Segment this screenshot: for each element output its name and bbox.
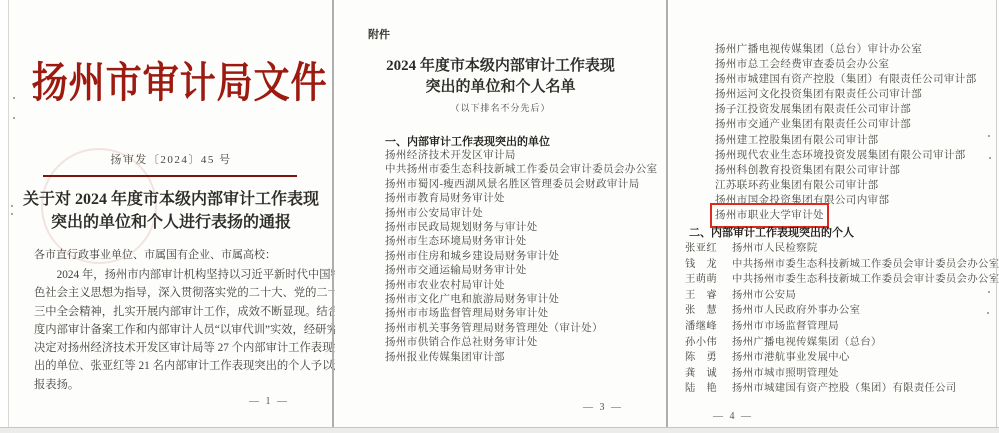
red-highlight-box: 扬州市职业大学审计处 xyxy=(715,208,824,223)
individual-row: 王萌萌中共扬州市委生态科技新城工作委员会审计委员会办公室 xyxy=(685,272,999,288)
scan-bottom-edge xyxy=(0,427,999,433)
individual-row: 陆 艳扬州市城建国有资产控股（集团）有限责任公司 xyxy=(685,381,999,397)
individual-name: 陈 勇 xyxy=(685,350,732,366)
individual-org: 扬州市城建国有资产控股（集团）有限责任公司 xyxy=(732,383,957,394)
notice-title: 关于对 2024 年度市本级内部审计工作表现 突出的单位和个人进行表扬的通报 xyxy=(9,188,333,234)
individual-name: 钱 龙 xyxy=(685,257,732,273)
unit-item-highlighted: 扬州市职业大学审计处 xyxy=(715,208,977,223)
body-line: 三中全会精神，扎实开展内部审计工作，成效不断显现。结合年 xyxy=(34,303,311,321)
unit-item: 扬州市国金投资集团有限公司内审部 xyxy=(715,193,977,208)
body-line: 2024 年，扬州市内部审计机构坚持以习近平新时代中国特 xyxy=(34,266,311,284)
document-scan-canvas: 扬州市审计局文件 扬审发〔2024〕45 号 关于对 2024 年度市本级内部审… xyxy=(0,0,999,433)
appendix-subtitle: （以下排名不分先后） xyxy=(335,101,666,114)
unit-item: 扬州市教育局财务审计处 xyxy=(385,192,658,206)
body-line: 出的单位、张亚红等 21 名内部审计工作表现突出的个人予以通 xyxy=(34,357,311,375)
unit-item: 中共扬州市委生态科技新城工作委员会审计委员会办公室 xyxy=(385,163,658,177)
document-page-3: 扬州广播电视传媒集团（总台）审计办公室 扬州市总工会经费审查委员会办公室 扬州市… xyxy=(669,0,999,427)
unit-item: 扬州市机关事务管理局财务管理处（审计处） xyxy=(385,322,658,336)
unit-item: 扬州市文化广电和旅游局财务审计处 xyxy=(385,293,658,307)
individual-row: 孙小伟扬州广播电视传媒集团（总台） xyxy=(685,335,999,351)
individual-name: 龚 诚 xyxy=(685,366,732,382)
individual-org: 中共扬州市委生态科技新城工作委员会审计委员会办公室 xyxy=(732,259,999,270)
individual-list: 张亚红扬州市人民检察院 钱 龙中共扬州市委生态科技新城工作委员会审计委员会办公室… xyxy=(685,241,999,397)
individual-name: 王萌萌 xyxy=(685,272,732,288)
scan-speck xyxy=(988,291,990,293)
appendix-title-line1: 2024 年度市本级内部审计工作表现 xyxy=(335,56,666,77)
individual-row: 潘继峰扬州市市场监督管理局 xyxy=(685,319,999,335)
individual-name: 孙小伟 xyxy=(685,335,732,351)
individual-org: 中共扬州市委生态科技新城工作委员会审计委员会办公室 xyxy=(732,274,999,285)
individual-name: 王 睿 xyxy=(685,288,732,304)
individual-name: 潘继峰 xyxy=(685,319,732,335)
individual-org: 扬州市人民政府外事办公室 xyxy=(732,305,860,316)
unit-item: 江苏联环药业集团有限公司审计部 xyxy=(715,178,977,193)
individual-name: 陆 艳 xyxy=(685,381,732,397)
unit-item: 扬州广播电视传媒集团（总台）审计办公室 xyxy=(715,42,977,57)
individual-row: 龚 诚扬州市城市照明管理处 xyxy=(685,366,999,382)
unit-item: 扬州市市场监督管理局财务审计处 xyxy=(385,307,658,321)
notice-title-line1: 关于对 2024 年度市本级内部审计工作表现 xyxy=(9,188,333,211)
individual-org: 扬州市城市照明管理处 xyxy=(732,368,839,379)
scan-speck xyxy=(988,135,990,137)
individual-org: 扬州广播电视传媒集团（总台） xyxy=(732,337,882,348)
unit-item: 扬州市供销合作总社财务审计处 xyxy=(385,336,658,350)
individual-name: 张 慧 xyxy=(685,303,732,319)
unit-item: 扬州市住房和城乡建设局财务审计处 xyxy=(385,250,658,264)
scan-speck xyxy=(11,205,13,207)
body-line: 度内部审计备案工作和内部审计人员“以审代训”实效，经研究， xyxy=(34,321,311,339)
appendix-title: 2024 年度市本级内部审计工作表现 突出的单位和个人名单 xyxy=(335,56,666,98)
page-separator xyxy=(332,0,334,433)
unit-list-page3: 扬州广播电视传媒集团（总台）审计办公室 扬州市总工会经费审查委员会办公室 扬州市… xyxy=(715,42,977,223)
page-number-4: — 4 — xyxy=(713,411,753,422)
notice-title-line2: 突出的单位和个人进行表扬的通报 xyxy=(9,211,333,234)
individual-row: 钱 龙中共扬州市委生态科技新城工作委员会审计委员会办公室 xyxy=(685,257,999,273)
attachment-label: 附件 xyxy=(368,26,390,42)
unit-item: 扬州科创教育投资集团有限公司审计部 xyxy=(715,163,977,178)
section-1-heading: 一、内部审计工作表现突出的单位 xyxy=(385,133,550,149)
individual-org: 扬州市公安局 xyxy=(732,290,796,301)
page-number-1: — 1 — xyxy=(249,396,289,407)
document-number: 扬审发〔2024〕45 号 xyxy=(9,151,333,167)
unit-item: 扬州经济技术开发区审计局 xyxy=(385,149,658,163)
individual-row: 张 慧扬州市人民政府外事办公室 xyxy=(685,303,999,319)
scan-speck xyxy=(13,97,15,99)
body-line: 色社会主义思想为指导，深入贯彻落实党的二十大、党的二十届 xyxy=(34,284,311,302)
page-number-3: — 3 — xyxy=(583,402,623,413)
scan-speck xyxy=(987,312,989,314)
body-line: 决定对扬州经济技术开发区审计局等 27 个内部审计工作表现突 xyxy=(34,339,311,357)
individual-row: 陈 勇扬州市港航事业发展中心 xyxy=(685,350,999,366)
unit-item: 扬子江投资发展集团有限责任公司审计部 xyxy=(715,102,977,117)
unit-item: 扬州市民政局规划财务与审计处 xyxy=(385,221,658,235)
document-page-1: 扬州市审计局文件 扬审发〔2024〕45 号 关于对 2024 年度市本级内部审… xyxy=(8,0,333,427)
scan-speck xyxy=(11,213,13,215)
page-separator xyxy=(666,0,668,433)
individual-row: 张亚红扬州市人民检察院 xyxy=(685,241,999,257)
notice-body: 2024 年，扬州市内部审计机构坚持以习近平新时代中国特 色社会主义思想为指导，… xyxy=(34,266,311,394)
unit-item: 扬州市城建国有资产控股（集团）有限责任公司审计部 xyxy=(715,72,977,87)
unit-list-page2: 扬州经济技术开发区审计局 中共扬州市委生态科技新城工作委员会审计委员会办公室 扬… xyxy=(385,149,658,365)
unit-item: 扬州现代农业生态环境投资发展集团有限公司审计部 xyxy=(715,148,977,163)
red-letterhead-title: 扬州市审计局文件 xyxy=(32,50,311,110)
unit-item: 扬州市总工会经费审查委员会办公室 xyxy=(715,57,977,72)
scan-speck xyxy=(13,117,15,119)
unit-item: 扬州市生态环境局财务审计处 xyxy=(385,235,658,249)
individual-org: 扬州市人民检察院 xyxy=(732,243,818,254)
unit-item: 扬州市农业农村局审计处 xyxy=(385,279,658,293)
body-line: 报表扬。 xyxy=(34,376,311,394)
unit-item: 扬州市公安局审计处 xyxy=(385,207,658,221)
page-right-edge xyxy=(996,0,997,433)
unit-item: 扬州建工控股集团有限公司审计部 xyxy=(715,133,977,148)
document-page-2: 附件 2024 年度市本级内部审计工作表现 突出的单位和个人名单 （以下排名不分… xyxy=(335,0,666,427)
salutation: 各市直行政事业单位、市属国有企业、市属高校： xyxy=(34,246,313,262)
red-divider-line xyxy=(43,175,297,177)
appendix-title-line2: 突出的单位和个人名单 xyxy=(335,77,666,98)
scan-speck xyxy=(989,157,991,159)
unit-item: 扬州市交通产业集团有限责任公司审计部 xyxy=(715,117,977,132)
individual-name: 张亚红 xyxy=(685,241,732,257)
unit-item: 扬州运河文化投资集团有限责任公司审计部 xyxy=(715,87,977,102)
individual-row: 王 睿扬州市公安局 xyxy=(685,288,999,304)
unit-item: 扬州市蜀冈-瘦西湖风景名胜区管理委员会财政审计局 xyxy=(385,178,658,192)
section-2-heading: 二、内部审计工作表现突出的个人 xyxy=(689,224,854,240)
unit-item: 扬州市交通运输局财务审计处 xyxy=(385,264,658,278)
individual-org: 扬州市市场监督管理局 xyxy=(732,321,839,332)
unit-item: 扬州报业传媒集团审计部 xyxy=(385,351,658,365)
individual-org: 扬州市港航事业发展中心 xyxy=(732,352,850,363)
